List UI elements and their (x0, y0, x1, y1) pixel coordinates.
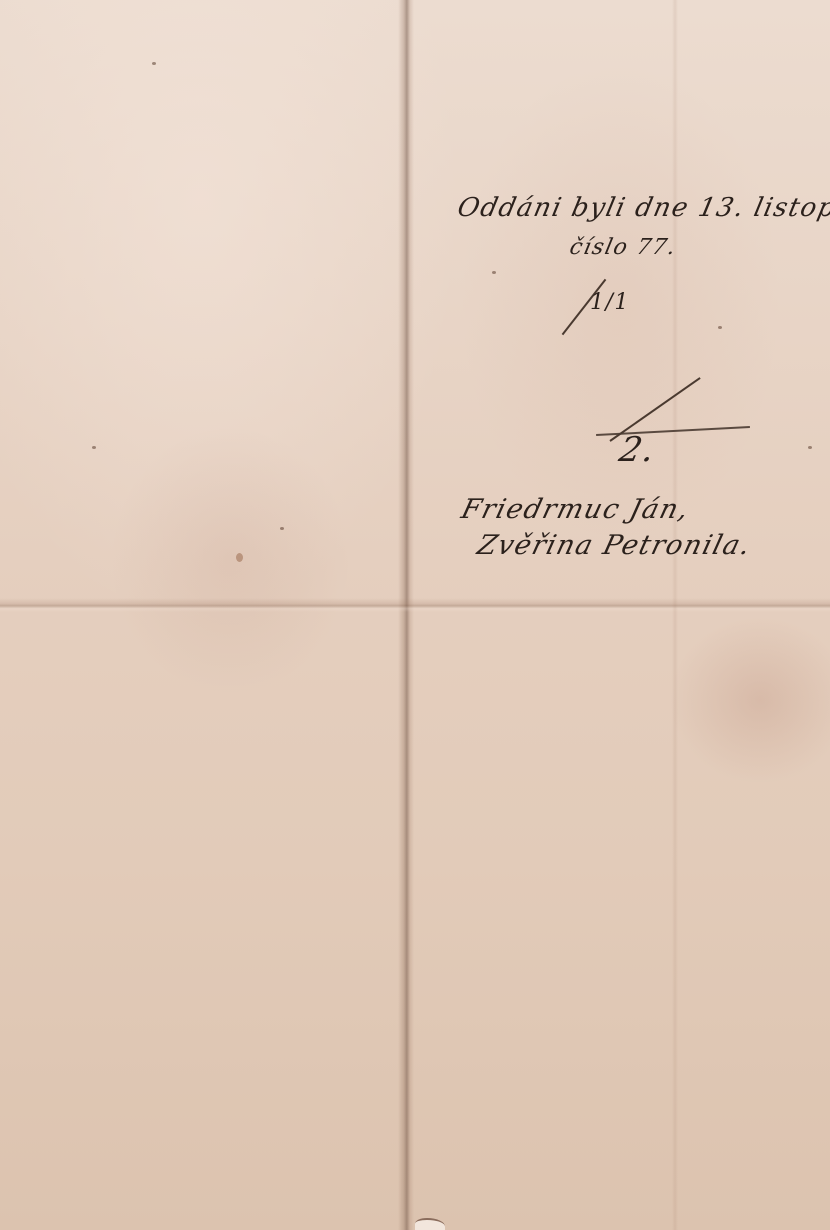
paper-speck (280, 527, 284, 530)
paper-stain (236, 553, 243, 562)
document-page: Oddáni byli dne 13. listop. 1872 číslo 7… (0, 0, 830, 1230)
faint-fold-line (672, 0, 678, 1230)
bride-name: Zvěřina Petronila. (474, 530, 755, 561)
horizontal-fold-crease (0, 598, 830, 612)
paper-speck (808, 446, 812, 449)
groom-name: Friedrmuc Ján, (458, 494, 693, 525)
paper-speck (92, 446, 96, 449)
marriage-date-note: Oddáni byli dne 13. listop. 1872 (455, 193, 830, 223)
record-number-note: číslo 77. (567, 235, 679, 260)
paper-speck (718, 326, 722, 329)
paper-speck (152, 62, 156, 65)
vertical-fold-crease (398, 0, 414, 1230)
fraction-mark: 1/1 (590, 290, 630, 315)
paper-tear (415, 1218, 445, 1230)
entry-number: 2. (616, 430, 660, 470)
paper-speck (492, 271, 496, 274)
